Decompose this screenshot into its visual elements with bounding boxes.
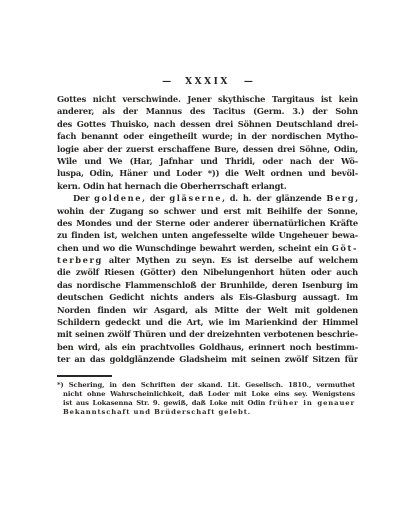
- text-segment: Wile und We (Har, Jafnhar und Thridi, od…: [57, 156, 358, 166]
- emphasized-text: Berg: [326, 193, 355, 203]
- emphasized-text: goldene: [94, 193, 142, 203]
- text-line: luspa, Odin, Häner und Loder *)) die Wel…: [57, 167, 358, 179]
- page-header: —XXXIX—: [57, 77, 358, 87]
- text-segment: ben wird, als ein prachtvolles Goldhaus,…: [57, 342, 358, 352]
- text-line: die zwölf Riesen (Götter) den Nibelungen…: [57, 266, 358, 278]
- text-segment: zu finden ist, welchen unten angefesselt…: [57, 230, 358, 240]
- text-line: terberg alter Mythen zu seyn. Es ist der…: [57, 254, 358, 266]
- book-page: —XXXIX— Gottes nicht verschwinde. Jener …: [0, 0, 411, 512]
- text-segment: , der: [142, 193, 169, 203]
- text-line: *) Schering, in den Schriften der skand.…: [57, 381, 355, 390]
- text-segment: das nordische Flammenschloß der Brunhild…: [57, 280, 358, 290]
- emphasized-text: Göt-: [332, 243, 358, 253]
- text-segment: Gottes nicht verschwinde. Jener skythisc…: [57, 94, 358, 104]
- text-segment: des Gottes Thuisko, nach dessen drei Söh…: [57, 119, 358, 129]
- text-line: fach benannt oder eingetheilt wurde; in …: [57, 130, 358, 142]
- text-segment: wohin der Zugang so schwer und erst mit …: [57, 206, 358, 216]
- text-line: zu finden ist, welchen unten angefesselt…: [57, 229, 358, 241]
- text-line: des Gottes Thuisko, nach dessen drei Söh…: [57, 118, 358, 130]
- footnote-separator: [57, 375, 112, 377]
- text-segment: luspa, Odin, Häner und Loder *)) die Wel…: [57, 168, 358, 178]
- text-segment: , d. h. der glänzende: [222, 193, 326, 203]
- text-segment: Der: [73, 193, 94, 203]
- text-segment: mit seinen zwölf Thüren und der dreizehn…: [57, 329, 358, 339]
- text-line: des Mondes und der Sterne oder anderer ü…: [57, 217, 358, 229]
- emphasized-text: Bekanntschaft und Brüderschaft gelebt.: [63, 408, 251, 416]
- emphasized-text: früher in genauer: [269, 399, 355, 407]
- text-segment: nicht ohne Wahrscheinlichkeit, daß Loder…: [63, 390, 355, 398]
- text-line: ist aus Lokasenna Str. 9. gewiß, daß Lok…: [57, 399, 355, 408]
- text-line: ter an das goldglänzende Gladsheim mit s…: [57, 353, 358, 365]
- footnote: *) Schering, in den Schriften der skand.…: [57, 381, 355, 417]
- text-line: kern. Odin hat hernach die Oberherrschaf…: [57, 180, 358, 192]
- text-line: nicht ohne Wahrscheinlichkeit, daß Loder…: [57, 390, 355, 399]
- text-segment: Schildern gedeckt und die Art, wie im Ma…: [57, 317, 358, 327]
- text-segment: chen und wo die Wunschdinge bewahrt werd…: [57, 243, 332, 253]
- text-segment: ,: [355, 193, 358, 203]
- text-line: deutschen Gedicht nichts anders als Eis-…: [57, 291, 358, 303]
- text-line: chen und wo die Wunschdinge bewahrt werd…: [57, 242, 358, 254]
- text-line: das nordische Flammenschloß der Brunhild…: [57, 279, 358, 291]
- text-line: Wile und We (Har, Jafnhar und Thridi, od…: [57, 155, 358, 167]
- text-line: wohin der Zugang so schwer und erst mit …: [57, 205, 358, 217]
- text-line: logie aber der zuerst erschaffene Bure, …: [57, 143, 358, 155]
- text-line: Norden finden wir Asgard, als Mitte der …: [57, 304, 358, 316]
- text-segment: ist aus Lokasenna Str. 9. gewiß, daß Lok…: [63, 399, 269, 407]
- emphasized-text: gläserne: [169, 193, 222, 203]
- text-segment: fach benannt oder eingetheilt wurde; in …: [57, 131, 358, 141]
- text-segment: deutschen Gedicht nichts anders als Eis-…: [57, 292, 358, 302]
- text-line: Bekanntschaft und Brüderschaft gelebt.: [57, 408, 355, 417]
- text-line: mit seinen zwölf Thüren und der dreizehn…: [57, 328, 358, 340]
- text-segment: *) Schering, in den Schriften der skand.…: [57, 381, 355, 389]
- header-dash-right: —: [244, 77, 253, 87]
- text-line: Gottes nicht verschwinde. Jener skythisc…: [57, 93, 358, 105]
- header-dash-left: —: [162, 77, 171, 87]
- text-segment: alter Mythen zu seyn. Es ist derselbe au…: [103, 255, 358, 265]
- text-segment: Norden finden wir Asgard, als Mitte der …: [57, 305, 358, 315]
- text-line: anderer, als der Mannus des Tacitus (Ger…: [57, 105, 358, 117]
- text-segment: ter an das goldglänzende Gladsheim mit s…: [57, 354, 358, 364]
- text-segment: des Mondes und der Sterne oder anderer ü…: [57, 218, 358, 228]
- text-segment: anderer, als der Mannus des Tacitus (Ger…: [57, 106, 358, 116]
- text-segment: die zwölf Riesen (Götter) den Nibelungen…: [57, 267, 358, 277]
- text-segment: kern. Odin hat hernach die Oberherrschaf…: [57, 181, 287, 191]
- page-number: XXXIX: [185, 77, 230, 87]
- body-text: Gottes nicht verschwinde. Jener skythisc…: [57, 93, 358, 366]
- emphasized-text: terberg: [57, 255, 103, 265]
- text-line: ben wird, als ein prachtvolles Goldhaus,…: [57, 341, 358, 353]
- text-line: Der goldene, der gläserne, d. h. der glä…: [57, 192, 358, 204]
- text-segment: logie aber der zuerst erschaffene Bure, …: [57, 144, 358, 154]
- text-line: Schildern gedeckt und die Art, wie im Ma…: [57, 316, 358, 328]
